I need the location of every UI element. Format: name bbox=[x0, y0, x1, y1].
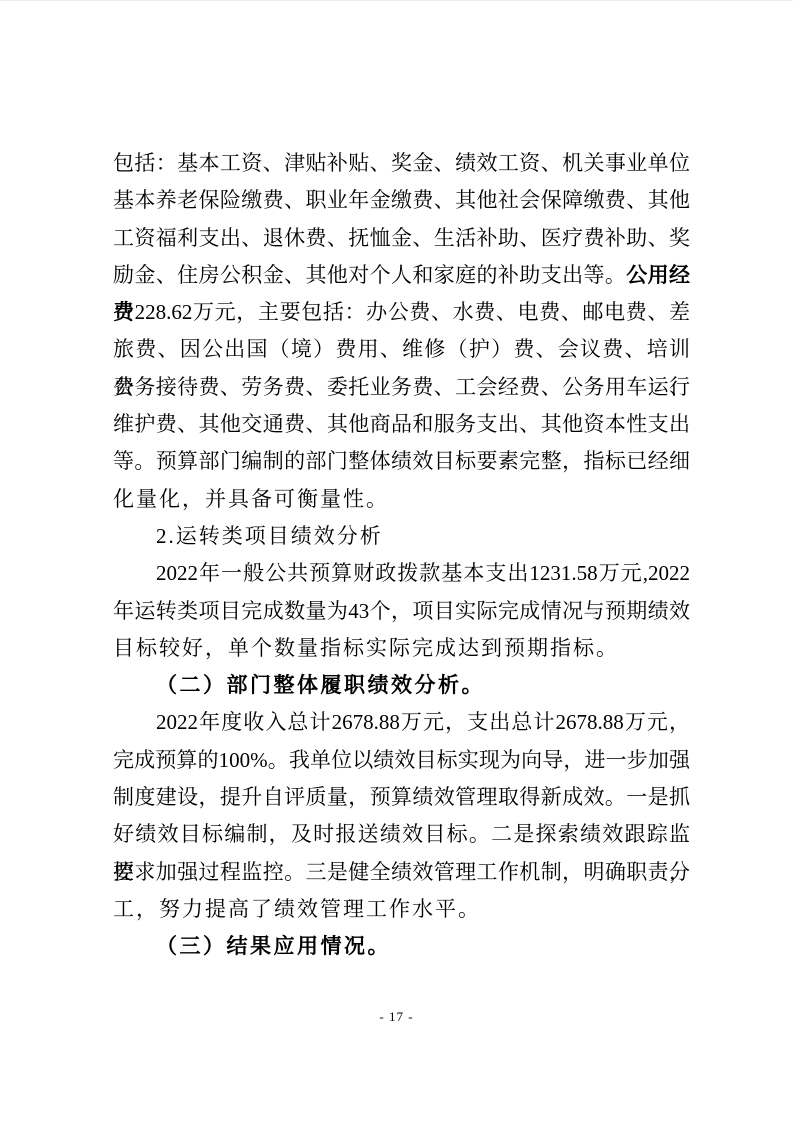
text-run: 基本养老保险缴费、职业年金缴费、其他社会保障缴费、其他 bbox=[113, 188, 690, 212]
text-run: 等。预算部门编制的部门整体绩效目标要素完整，指标已经细 bbox=[113, 449, 690, 473]
text-run: 完成预算的100%。我单位以绩效目标实现为向导，进一步加强 bbox=[113, 748, 690, 772]
text-line: 等。预算部门编制的部门整体绩效目标要素完整，指标已经细 bbox=[113, 443, 690, 480]
text-run: 年运转类项目完成数量为43个，项目实际完成情况与预期绩效 bbox=[113, 599, 690, 623]
text-line: 2022年度收入总计2678.88万元，支出总计2678.88万元， bbox=[113, 704, 690, 741]
text-line: 费228.62万元，主要包括：办公费、水费、电费、邮电费、差 bbox=[113, 294, 690, 331]
text-line: 好绩效目标编制，及时报送绩效目标。二是探索绩效跟踪监控， bbox=[113, 816, 690, 853]
subsection-heading-2: 2.运转类项目绩效分析 bbox=[113, 518, 690, 555]
text-run: 制度建设，提升自评质量，预算绩效管理取得新成效。一是抓 bbox=[113, 785, 690, 809]
text-line: 工，努力提高了绩效管理工作水平。 bbox=[113, 891, 690, 928]
text-run: 工资福利支出、退休费、抚恤金、生活补助、医疗费补助、奖 bbox=[113, 226, 690, 250]
text-run: 工，努力提高了绩效管理工作水平。 bbox=[113, 897, 481, 921]
section-heading-two: （二）部门整体履职绩效分析。 bbox=[113, 667, 690, 704]
text-run: 化量化，并具备可衡量性。 bbox=[113, 487, 389, 511]
text-line: 公务接待费、劳务费、委托业务费、工会经费、公务用车运行 bbox=[113, 369, 690, 406]
text-line: 完成预算的100%。我单位以绩效目标实现为向导，进一步加强 bbox=[113, 742, 690, 779]
text-run: 公务接待费、劳务费、委托业务费、工会经费、公务用车运行 bbox=[113, 375, 690, 399]
heading-text-run: （二）部门整体履职绩效分析。 bbox=[156, 673, 485, 697]
text-line: 2022年一般公共预算财政拨款基本支出1231.58万元,2022 bbox=[113, 555, 690, 592]
bold-text-run: 公用经 bbox=[626, 263, 690, 287]
text-line: 目标较好，单个数量指标实际完成达到预期指标。 bbox=[113, 630, 690, 667]
text-run: 要求加强过程监控。三是健全绩效管理工作机制，明确职责分 bbox=[113, 860, 690, 884]
text-line: 制度建设，提升自评质量，预算绩效管理取得新成效。一是抓 bbox=[113, 779, 690, 816]
section-heading-three: （三）结果应用情况。 bbox=[113, 928, 690, 965]
text-run: 2022年度收入总计2678.88万元，支出总计2678.88万元， bbox=[156, 710, 690, 734]
bold-text-run: 费 bbox=[113, 300, 135, 324]
document-page-body: 包括：基本工资、津贴补贴、奖金、绩效工资、机关事业单位 基本养老保险缴费、职业年… bbox=[113, 145, 690, 966]
text-run: 励金、住房公积金、其他对个人和家庭的补助支出等。 bbox=[113, 263, 626, 287]
text-run: 包括：基本工资、津贴补贴、奖金、绩效工资、机关事业单位 bbox=[113, 151, 690, 175]
text-line: 包括：基本工资、津贴补贴、奖金、绩效工资、机关事业单位 bbox=[113, 145, 690, 182]
text-run: 2022年一般公共预算财政拨款基本支出1231.58万元,2022 bbox=[156, 561, 690, 585]
text-line: 工资福利支出、退休费、抚恤金、生活补助、医疗费补助、奖 bbox=[113, 220, 690, 257]
text-run: 228.62万元，主要包括：办公费、水费、电费、邮电费、差 bbox=[135, 300, 690, 324]
text-run: 2.运转类项目绩效分析 bbox=[156, 524, 383, 548]
text-line: 维护费、其他交通费、其他商品和服务支出、其他资本性支出 bbox=[113, 406, 690, 443]
text-line: 要求加强过程监控。三是健全绩效管理工作机制，明确职责分 bbox=[113, 854, 690, 891]
text-line: 励金、住房公积金、其他对个人和家庭的补助支出等。公用经 bbox=[113, 257, 690, 294]
text-line: 旅费、因公出国（境）费用、维修（护）费、会议费、培训费、 bbox=[113, 331, 690, 368]
heading-text-run: （三）结果应用情况。 bbox=[156, 934, 391, 958]
text-run: 目标较好，单个数量指标实际完成达到预期指标。 bbox=[113, 636, 619, 660]
page-number: - 17 - bbox=[0, 1009, 793, 1025]
text-line: 化量化，并具备可衡量性。 bbox=[113, 481, 690, 518]
text-line: 年运转类项目完成数量为43个，项目实际完成情况与预期绩效 bbox=[113, 593, 690, 630]
text-line: 基本养老保险缴费、职业年金缴费、其他社会保障缴费、其他 bbox=[113, 182, 690, 219]
text-run: 维护费、其他交通费、其他商品和服务支出、其他资本性支出 bbox=[113, 412, 690, 436]
